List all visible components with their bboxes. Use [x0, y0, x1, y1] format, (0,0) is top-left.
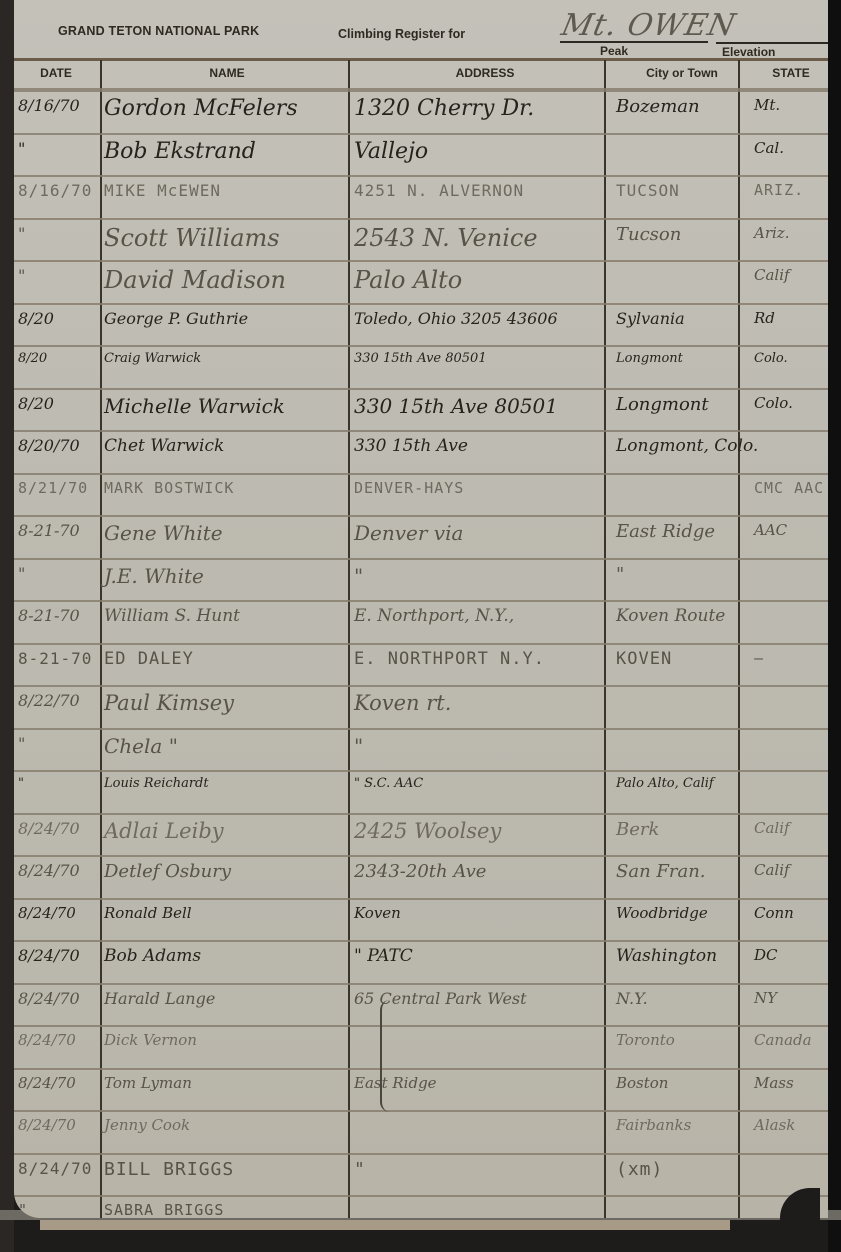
row-rule: [14, 473, 828, 475]
cell-address: Vallejo: [354, 139, 428, 164]
cell-city: Washington: [616, 946, 717, 966]
cell-date: 8/24/70: [18, 946, 80, 965]
cell-name: Bob Ekstrand: [104, 139, 256, 164]
cell-address: 330 15th Ave 80501: [354, 394, 558, 418]
column-header-date: DATE: [14, 66, 98, 80]
cell-date: ": [18, 776, 24, 791]
cell-date: 8/16/70: [18, 96, 80, 115]
cell-state: Colo.: [754, 351, 788, 366]
row-rule: [14, 260, 828, 262]
cell-address: DENVER-HAYS: [354, 479, 464, 497]
cell-name: ED DALEY: [104, 649, 194, 669]
cell-state: Canada: [754, 1031, 812, 1049]
cell-city: Fairbanks: [616, 1116, 691, 1134]
row-rule: [14, 515, 828, 517]
cell-city: Woodbridge: [616, 904, 708, 922]
cell-address: 1320 Cherry Dr.: [354, 96, 534, 121]
cell-state: Alask: [754, 1116, 795, 1134]
cell-address: ": [354, 1159, 366, 1180]
row-rule: [14, 1110, 828, 1112]
cell-name: MARK BOSTWICK: [104, 479, 234, 497]
row-rule: [14, 90, 828, 92]
cell-city: N.Y.: [616, 989, 648, 1008]
cell-city: Berk: [616, 819, 659, 840]
cell-address: East Ridge: [354, 1074, 437, 1092]
row-rule: [14, 133, 828, 135]
cell-name: Gene White: [104, 521, 223, 545]
row-rule: [14, 643, 828, 645]
cell-date: 8/16/70: [18, 181, 92, 200]
cell-address: 4251 N. ALVERNON: [354, 181, 524, 200]
cell-state: Cal.: [754, 139, 784, 157]
cell-city: Koven Route: [616, 606, 725, 626]
cell-name: David Madison: [104, 266, 286, 294]
cell-date: 8/24/70: [18, 989, 80, 1008]
cell-city: Palo Alto, Calif: [616, 776, 714, 791]
register-card: GRAND TETON NATIONAL PARK Climbing Regis…: [14, 0, 828, 1218]
cell-name: Harald Lange: [104, 989, 215, 1008]
cell-date: 8/24/70: [18, 1116, 76, 1134]
row-rule: [14, 898, 828, 900]
cell-name: George P. Guthrie: [104, 309, 248, 328]
cell-date: 8-21-70: [18, 606, 80, 625]
cell-date: ": [18, 564, 25, 583]
cell-name: William S. Hunt: [104, 606, 240, 626]
cell-city: Longmont: [616, 394, 709, 415]
column-rule: [604, 60, 606, 1218]
cell-state: Ariz.: [754, 224, 789, 242]
cell-address: 2343-20th Ave: [354, 861, 486, 882]
cell-address: ": [354, 734, 363, 758]
cell-city: Boston: [616, 1074, 668, 1092]
cell-name: Gordon McFelers: [104, 96, 298, 121]
cell-city: ": [616, 564, 624, 585]
cell-address: Palo Alto: [354, 266, 462, 294]
cell-state: CMC AAC: [754, 479, 824, 497]
cell-address: 2425 Woolsey: [354, 819, 501, 843]
peak-label: Peak: [600, 44, 628, 58]
register-for-label: Climbing Register for: [338, 27, 465, 41]
cell-city: KOVEN: [616, 649, 672, 669]
cell-city: Toronto: [616, 1031, 675, 1049]
cell-city: Bozeman: [616, 96, 700, 117]
cell-address: E. Northport, N.Y.,: [354, 606, 514, 626]
cell-name: Chet Warwick: [104, 436, 224, 456]
row-rule: [14, 855, 828, 857]
cell-city: East Ridge: [616, 521, 715, 542]
cell-name: Bob Adams: [104, 946, 201, 966]
cell-state: DC: [754, 946, 778, 964]
row-rule: [14, 430, 828, 432]
cell-address: E. NORTHPORT N.Y.: [354, 649, 545, 669]
row-rule: [14, 940, 828, 942]
cell-name: Louis Reichardt: [104, 776, 209, 791]
row-rule: [14, 345, 828, 347]
cell-city: (xm): [616, 1159, 663, 1180]
cell-date: 8/24/70: [18, 904, 76, 922]
cell-name: SABRA BRIGGS: [104, 1201, 224, 1218]
cell-state: Rd: [754, 309, 775, 327]
cell-date: 8/24/70: [18, 1074, 76, 1092]
cell-date: 8/20: [18, 394, 54, 413]
cell-name: Paul Kimsey: [104, 691, 234, 715]
cell-name: Tom Lyman: [104, 1074, 192, 1092]
cell-date: ": [18, 734, 25, 753]
cell-address: " PATC: [354, 946, 413, 966]
column-rule: [738, 60, 740, 1218]
cell-date: 8/24/70: [18, 819, 80, 838]
park-title: GRAND TETON NATIONAL PARK: [58, 24, 259, 38]
row-rule: [14, 218, 828, 220]
elevation-underline: [716, 42, 828, 44]
peak-name: Mt. OWEN: [558, 8, 739, 43]
cell-date: ": [18, 266, 25, 285]
cell-city: TUCSON: [616, 181, 680, 200]
cell-address: ": [354, 564, 363, 588]
elevation-label: Elevation: [722, 45, 775, 59]
column-rule: [348, 60, 350, 1218]
cell-date: ": [18, 1201, 28, 1218]
cell-name: Adlai Leiby: [104, 819, 224, 843]
row-rule: [14, 983, 828, 985]
cell-state: Calif: [754, 861, 790, 879]
row-rule: [14, 1153, 828, 1155]
cell-city: Longmont: [616, 351, 683, 366]
cell-date: ": [18, 139, 25, 158]
cell-address: Koven rt.: [354, 691, 451, 715]
cell-date: 8/20: [18, 351, 47, 366]
cell-date: 8-21-70: [18, 649, 92, 668]
photo-background-right: [828, 0, 841, 1252]
cell-name: Craig Warwick: [104, 351, 201, 366]
cell-date: 8/24/70: [18, 1159, 92, 1178]
cell-state: AAC: [754, 521, 787, 539]
cell-state: Mass: [754, 1074, 794, 1092]
row-rule: [14, 813, 828, 815]
cell-date: 8/22/70: [18, 691, 80, 710]
row-rule: [14, 1068, 828, 1070]
column-header-city: City or Town: [612, 66, 752, 80]
row-rule: [14, 685, 828, 687]
cell-state: Colo.: [754, 394, 793, 412]
row-rule: [14, 175, 828, 177]
cell-name: J.E. White: [104, 564, 204, 588]
column-header-state: STATE: [754, 66, 828, 80]
cell-name: Jenny Cook: [104, 1116, 190, 1134]
cell-name: Michelle Warwick: [104, 394, 285, 418]
cell-city: Sylvania: [616, 309, 685, 328]
cell-date: ": [18, 224, 25, 243]
cell-name: Detlef Osbury: [104, 861, 231, 882]
row-rule: [14, 728, 828, 730]
cell-date: 8/21/70: [18, 479, 88, 497]
cell-state: Mt.: [754, 96, 780, 114]
cell-date: 8/20: [18, 309, 54, 328]
cell-name: BILL BRIGGS: [104, 1159, 234, 1180]
row-rule: [14, 388, 828, 390]
cell-date: 8-21-70: [18, 521, 80, 540]
cell-name: Dick Vernon: [104, 1031, 197, 1049]
cell-name: Chela ": [104, 734, 178, 758]
row-rule: [14, 1195, 828, 1197]
mounting-rail-lower: [40, 1220, 730, 1230]
cell-address: Toledo, Ohio 3205 43606: [354, 309, 558, 328]
cell-address: 65 Central Park West: [354, 989, 527, 1008]
cell-state: NY: [754, 989, 777, 1007]
cell-state: Calif: [754, 266, 790, 284]
cell-date: 8/20/70: [18, 436, 80, 455]
cell-name: Ronald Bell: [104, 904, 192, 922]
column-header-name: NAME: [102, 66, 352, 80]
row-rule: [14, 1025, 828, 1027]
cell-address: Denver via: [354, 521, 463, 545]
cell-city: Tucson: [616, 224, 681, 245]
cell-address: Koven: [354, 904, 401, 922]
header-rule: [14, 58, 828, 61]
cell-city: San Fran.: [616, 861, 706, 882]
cell-date: 8/24/70: [18, 1031, 76, 1049]
peak-underline: [560, 41, 708, 43]
cell-address: 330 15th Ave 80501: [354, 351, 487, 366]
column-header-address: ADDRESS: [354, 66, 616, 80]
row-rule: [14, 558, 828, 560]
cell-state: ARIZ.: [754, 181, 804, 199]
cell-name: Scott Williams: [104, 224, 280, 252]
cell-address: " S.C. AAC: [354, 776, 423, 791]
row-rule: [14, 600, 828, 602]
cell-address: 330 15th Ave: [354, 436, 468, 456]
column-rule: [100, 60, 102, 1218]
cell-name: MIKE McEWEN: [104, 181, 221, 200]
bracket-mark: [380, 1000, 392, 1112]
photo-background-left: [0, 0, 14, 1252]
cell-city: Longmont, Colo.: [616, 436, 758, 456]
cell-date: 8/24/70: [18, 861, 80, 880]
cell-address: 2543 N. Venice: [354, 224, 538, 252]
cell-state: Calif: [754, 819, 790, 837]
cell-state: —: [754, 649, 764, 667]
cell-state: Conn: [754, 904, 794, 922]
row-rule: [14, 303, 828, 305]
row-rule: [14, 770, 828, 772]
